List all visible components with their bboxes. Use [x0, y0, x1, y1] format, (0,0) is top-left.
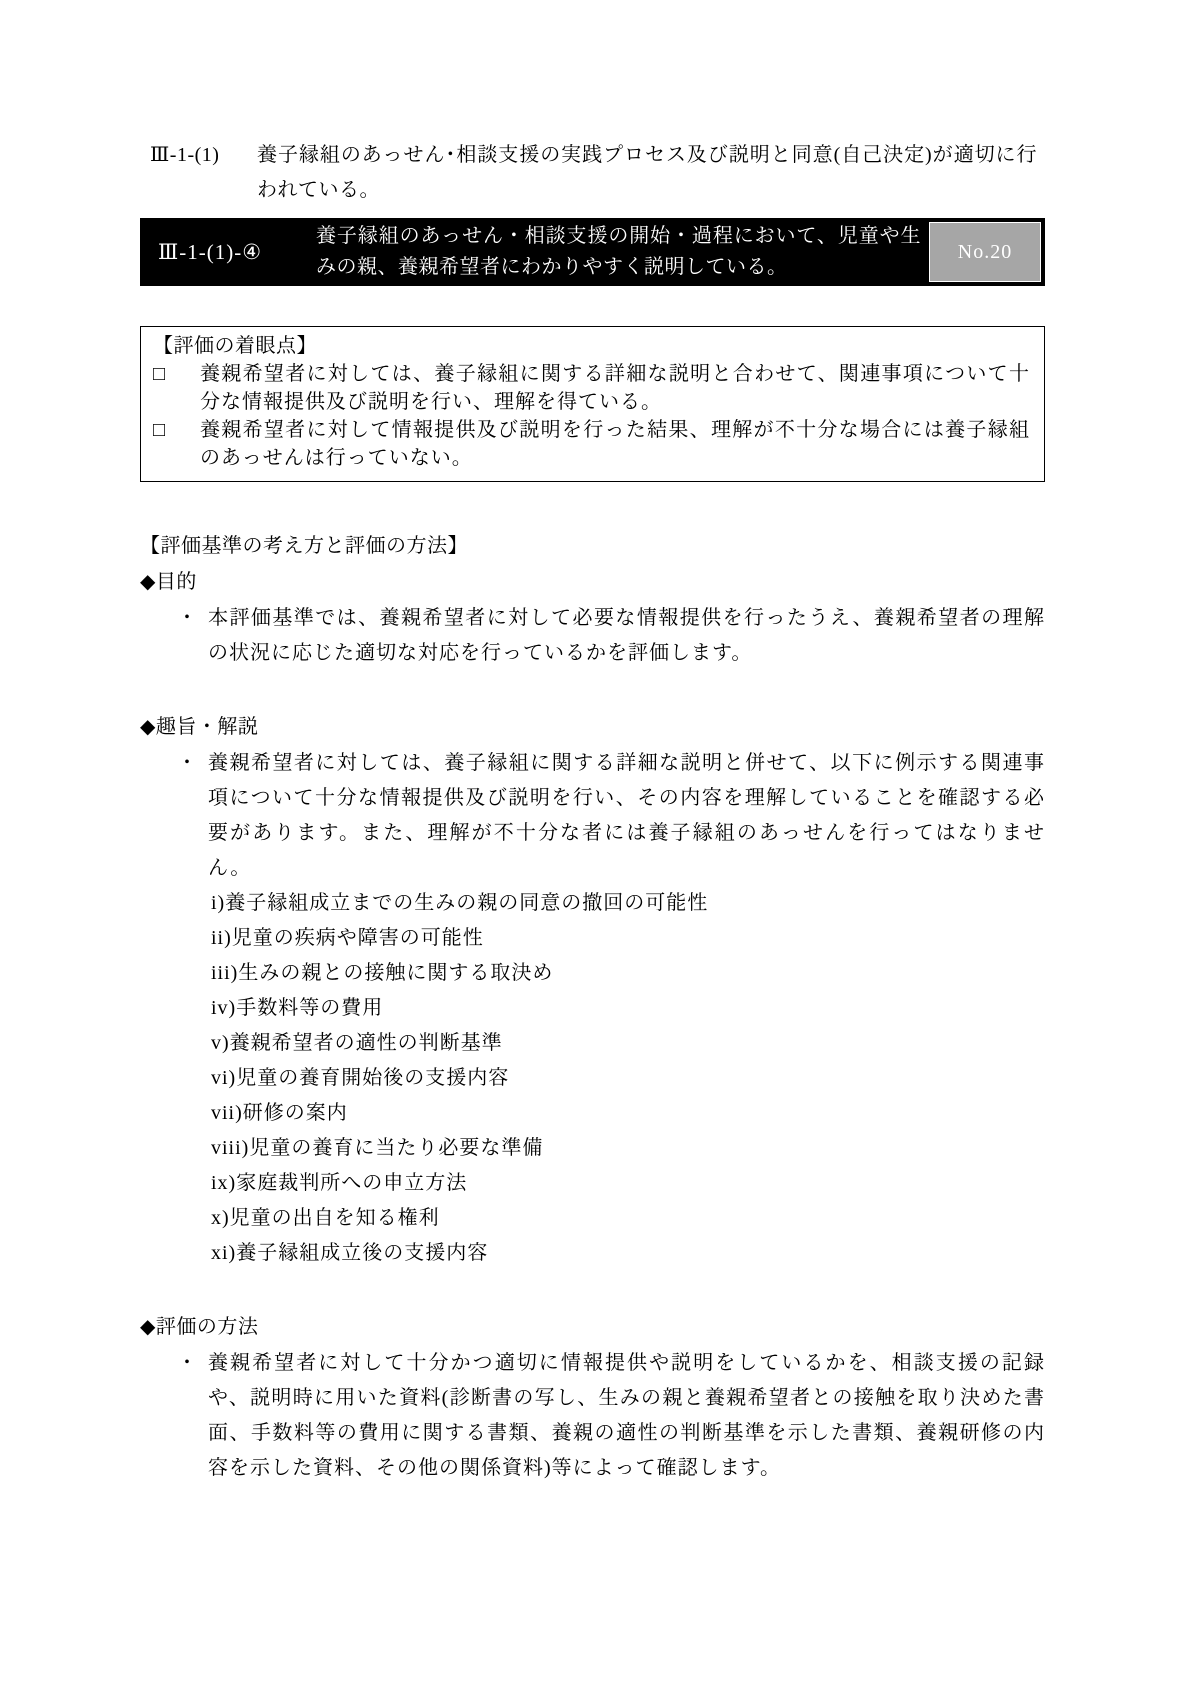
list-item: iv)手数料等の費用 [211, 991, 1045, 1026]
explanation-text: 養親希望者に対しては、養子縁組に関する詳細な説明と併せて、以下に例示する関連事項… [208, 746, 1045, 886]
list-item: vi)児童の養育開始後の支援内容 [211, 1061, 1045, 1096]
focus-item: □ 養親希望者に対しては、養子縁組に関する詳細な説明と合わせて、関連事項について… [153, 360, 1030, 416]
list-item: ix)家庭裁判所への申立方法 [211, 1166, 1045, 1201]
list-item: x)児童の出自を知る権利 [211, 1201, 1045, 1236]
explanation-paragraph: ・ 養親希望者に対しては、養子縁組に関する詳細な説明と併せて、以下に例示する関連… [140, 746, 1045, 886]
focus-item: □ 養親希望者に対して情報提供及び説明を行った結果、理解が不十分な場合には養子縁… [153, 416, 1030, 472]
list-item: viii)児童の養育に当たり必要な準備 [211, 1131, 1045, 1166]
list-item: xi)養子縁組成立後の支援内容 [211, 1236, 1045, 1271]
section-heading: Ⅲ-1-(1) 養子縁組のあっせん･相談支援の実践プロセス及び説明と同意(自己決… [140, 138, 1045, 208]
focus-box-title: 【評価の着眼点】 [153, 332, 1030, 360]
focus-item-text: 養親希望者に対して情報提供及び説明を行った結果、理解が不十分な場合には養子縁組の… [200, 416, 1030, 472]
list-item: v)養親希望者の適性の判断基準 [211, 1026, 1045, 1061]
section-heading-text: 養子縁組のあっせん･相談支援の実践プロセス及び説明と同意(自己決定)が適切に行わ… [257, 138, 1037, 208]
evaluation-focus-box: 【評価の着眼点】 □ 養親希望者に対しては、養子縁組に関する詳細な説明と合わせて… [140, 326, 1045, 482]
list-item: ii)児童の疾病や障害の可能性 [211, 921, 1045, 956]
purpose-header: ◆目的 [140, 564, 1045, 601]
bullet-icon: ・ [177, 746, 208, 886]
method-paragraph: ・ 養親希望者に対して十分かつ適切に情報提供や説明をしているかを、相談支援の記録… [140, 1346, 1045, 1486]
explanation-header: ◆趣旨・解説 [140, 709, 1045, 746]
bullet-icon: ・ [177, 1346, 208, 1486]
focus-item-text: 養親希望者に対しては、養子縁組に関する詳細な説明と合わせて、関連事項について十分… [200, 360, 1030, 416]
criterion-code: Ⅲ-1-(1)-④ [142, 240, 316, 265]
related-items-list: i)養子縁組成立までの生みの親の同意の撤回の可能性 ii)児童の疾病や障害の可能… [211, 886, 1045, 1271]
checkbox-icon: □ [153, 360, 200, 416]
section-heading-code: Ⅲ-1-(1) [150, 138, 257, 208]
checkbox-icon: □ [153, 416, 200, 472]
criterion-number-badge: No.20 [929, 222, 1041, 282]
method-header: ◆評価の方法 [140, 1309, 1045, 1346]
purpose-text: 本評価基準では、養親希望者に対して必要な情報提供を行ったうえ、養親希望者の理解の… [208, 601, 1045, 671]
criterion-text: 養子縁組のあっせん・相談支援の開始・過程において、児童や生みの親、養親希望者にわ… [316, 221, 929, 283]
purpose-paragraph: ・ 本評価基準では、養親希望者に対して必要な情報提供を行ったうえ、養親希望者の理… [140, 601, 1045, 671]
criteria-section-title: 【評価基準の考え方と評価の方法】 [140, 528, 1045, 564]
list-item: i)養子縁組成立までの生みの親の同意の撤回の可能性 [211, 886, 1045, 921]
document-page: Ⅲ-1-(1) 養子縁組のあっせん･相談支援の実践プロセス及び説明と同意(自己決… [0, 0, 1181, 1695]
list-item: iii)生みの親との接触に関する取決め [211, 956, 1045, 991]
list-item: vii)研修の案内 [211, 1096, 1045, 1131]
method-text: 養親希望者に対して十分かつ適切に情報提供や説明をしているかを、相談支援の記録や、… [208, 1346, 1045, 1486]
criterion-bar: Ⅲ-1-(1)-④ 養子縁組のあっせん・相談支援の開始・過程において、児童や生み… [140, 218, 1045, 286]
bullet-icon: ・ [177, 601, 208, 671]
